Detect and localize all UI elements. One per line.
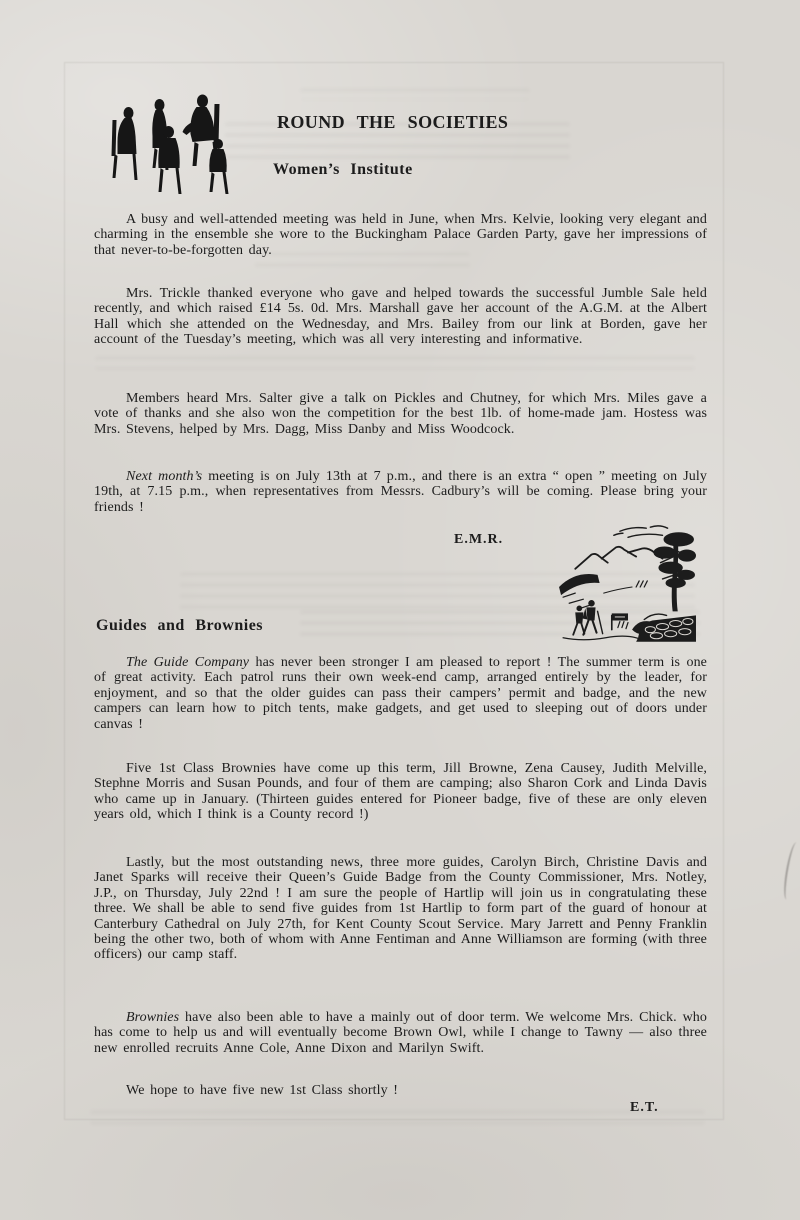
scan-artifact <box>782 841 800 900</box>
gb-paragraph-4-lead: Brownies <box>126 1010 179 1025</box>
gb-signature: E.T. <box>630 1100 659 1116</box>
gb-paragraph-4-rest: have also been able to have a mainly out… <box>94 1010 707 1056</box>
women-meeting-illustration <box>102 92 238 204</box>
gb-paragraph-1-lead: The Guide Company <box>126 655 249 670</box>
bleedthrough-mark <box>95 356 695 370</box>
bleedthrough-mark <box>90 1110 705 1125</box>
scanned-newsletter-page: ROUND THE SOCIETIES Women’s Institute A … <box>0 0 800 1220</box>
wi-paragraph-1: A busy and well-attended meeting was hel… <box>94 212 707 258</box>
gb-paragraph-5: We hope to have five new 1st Class short… <box>94 1083 707 1098</box>
gb-paragraph-4: Brownies have also been able to have a m… <box>94 1010 707 1056</box>
gb-paragraph-1: The Guide Company has never been stronge… <box>94 655 707 732</box>
gb-paragraph-3: Lastly, but the most outstanding news, t… <box>94 855 707 963</box>
wi-paragraph-4-lead: Next month’s <box>126 469 202 484</box>
wi-paragraph-3: Members heard Mrs. Salter give a talk on… <box>94 391 707 437</box>
wi-signature: E.M.R. <box>454 532 503 548</box>
wi-paragraph-2: Mrs. Trickle thanked everyone who gave a… <box>94 286 707 348</box>
countryside-hikers-illustration <box>557 522 697 648</box>
bleedthrough-mark <box>300 88 530 100</box>
wi-paragraph-4: Next month’s meeting is on July 13th at … <box>94 469 707 515</box>
page-title: ROUND THE SOCIETIES <box>277 112 508 133</box>
wi-section-heading: Women’s Institute <box>273 161 413 179</box>
gb-paragraph-2: Five 1st Class Brownies have come up thi… <box>94 761 707 823</box>
gb-section-heading: Guides and Brownies <box>96 617 263 635</box>
